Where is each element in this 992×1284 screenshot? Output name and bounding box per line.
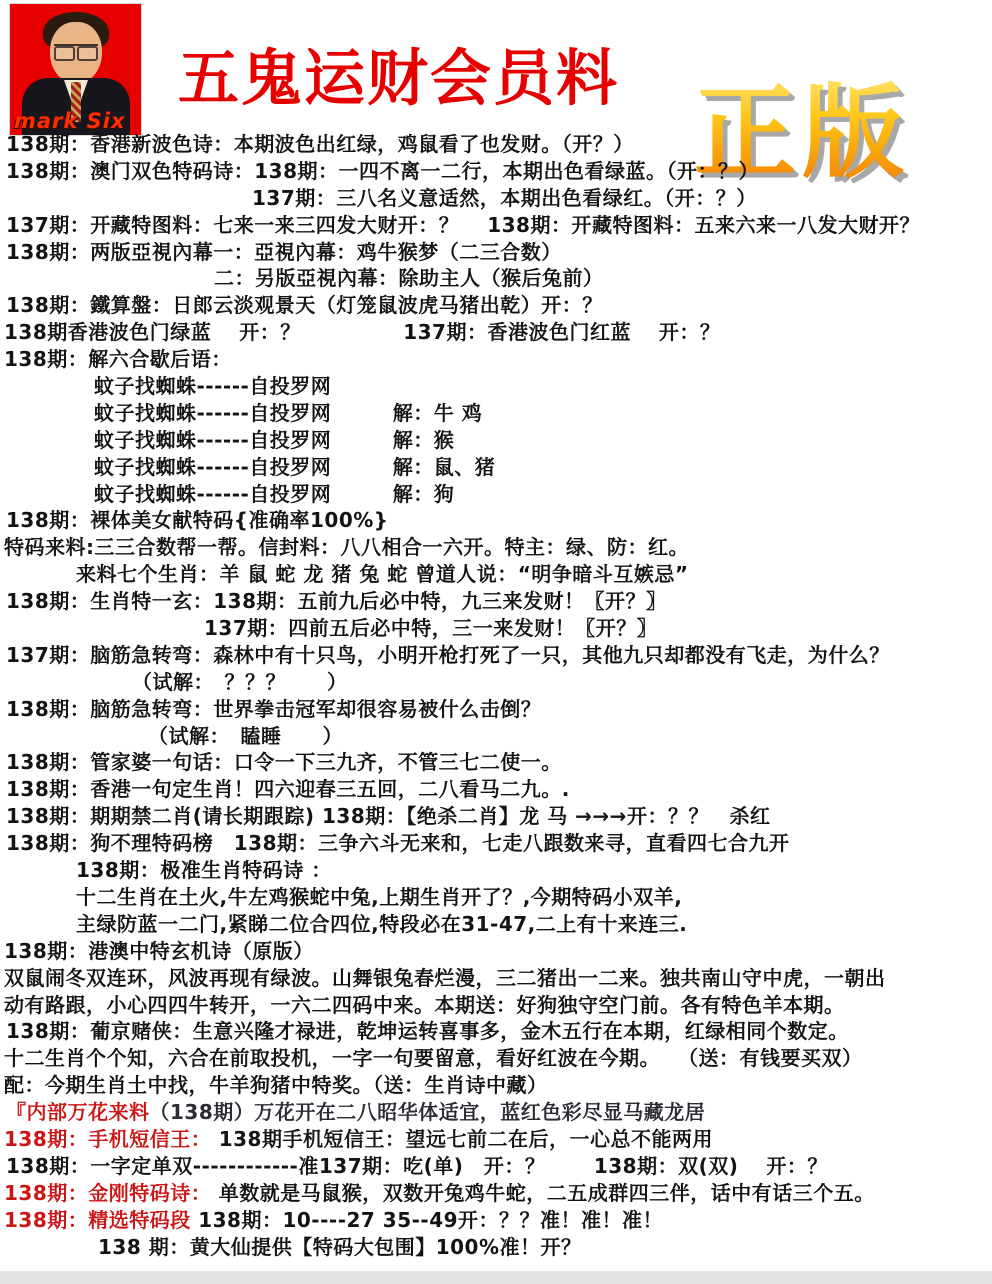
text-line: 138期：生肖特一玄：138期：五前九后必中特，九三来发财！〖开？〗	[4, 588, 990, 615]
portrait-photo: mark Six	[9, 3, 142, 136]
text-line: 138期：港澳中特玄机诗（原版）	[4, 938, 990, 965]
text-segment: （试解： ？？？ ）	[132, 670, 348, 694]
text-line: 137期：三八名义意适然，本期出色看绿红。（开：？）	[4, 185, 990, 212]
text-line: 138期：极准生肖特码诗 ：	[4, 857, 990, 884]
text-segment: 单数就是马鼠猴，双数开兔鸡牛蛇，二五成群四三伴，话中有话三个五。	[211, 1181, 874, 1205]
text-line: 动有路跟，小心四四牛转开，一六二四码中来。本期送：好狗独守空门前。各有特色羊本期…	[4, 992, 990, 1019]
text-line: 特码来料:三三合数帮一帮。信封料：八八相合一六开。特主：绿、防：红。	[4, 534, 990, 561]
text-segment: 138期：狗不理特码榜 138期：三争六斗无来和，七走八跟数来寻，直看四七合九开	[6, 831, 790, 855]
text-segment: 138期：管家婆一句话：口令一下三九齐，不管三七二使一。	[6, 750, 562, 774]
text-segment: 138期香港波色门绿蓝 开：？ 137期：香港波色门红蓝 开：？	[4, 320, 720, 344]
text-line: 138期：两版亞視內幕一：亞視內幕：鸡牛猴梦（二三合数）	[4, 239, 990, 266]
text-segment: 『内部万花来料	[6, 1100, 150, 1124]
text-segment: 138期：精选特码段	[4, 1208, 191, 1232]
text-segment: 138期：解六合歇后语：	[4, 347, 232, 371]
text-line: 138期：香港新波色诗：本期波色出红绿，鸡鼠看了也发财。（开？）	[4, 131, 990, 158]
bottom-strip	[0, 1271, 992, 1284]
text-line: 138期：裸体美女献特码{准确率100%}	[4, 507, 990, 534]
text-line: 蚊子找蜘蛛------自投罗网 解：牛 鸡	[4, 400, 990, 427]
text-line: 蚊子找蜘蛛------自投罗网 解：猴	[4, 427, 990, 454]
text-segment: 138期：香港一句定生肖！四六迎春三五回，二八看马二九。.	[6, 777, 570, 801]
text-line: 138期：狗不理特码榜 138期：三争六斗无来和，七走八跟数来寻，直看四七合九开	[4, 830, 990, 857]
text-segment: 138期：10----27 35--49开：？？准！准！准！	[191, 1208, 663, 1232]
text-segment: 主绿防蓝一二门,紧睇二位合四位,特段必在31-47,二上有十来连三.	[76, 912, 687, 936]
text-line: 十二生肖在土火,牛左鸡猴蛇中兔,上期生肖开了？,今期特码小双羊,	[4, 884, 990, 911]
erased-row: - --- ------- - ---- --	[600, 1100, 988, 1102]
text-segment: 137期：四前五后必中特，三一来发财！〖开？〗	[204, 616, 657, 640]
text-segment: 138期：澳门双色特码诗：138期：一四不离一二行，本期出色看绿蓝。（开：？）	[6, 159, 759, 183]
text-segment: 138期：裸体美女献特码{准确率100%}	[6, 508, 389, 532]
text-line: 十二生肖个个知，六合在前取投机，一字一句要留意，看好红波在今期。 （送：有钱要买…	[4, 1045, 990, 1072]
text-segment: 137期：脑筋急转弯：森林中有十只鸟，小明开枪打死了一只，其他九只却都没有飞走，…	[6, 643, 890, 667]
text-segment: 十二生肖在土火,牛左鸡猴蛇中兔,上期生肖开了？,今期特码小双羊,	[76, 885, 682, 909]
text-line: 138期：手机短信王： 138期手机短信王：望远七前二在后，一心总不能两用	[4, 1126, 990, 1153]
text-segment: 138期：极准生肖特码诗 ：	[76, 858, 332, 882]
text-segment: 138期：两版亞視內幕一：亞視內幕：鸡牛猴梦（二三合数）	[6, 240, 562, 264]
text-line: 主绿防蓝一二门,紧睇二位合四位,特段必在31-47,二上有十来连三.	[4, 911, 990, 938]
text-segment: 138期：葡京赌侠：生意兴隆才禄进，乾坤运转喜事多，金木五行在本期，红绿相同个数…	[6, 1019, 849, 1043]
text-segment: 138期：手机短信王：	[4, 1127, 211, 1151]
text-line: 『内部万花来料（138期）万花开在二八昭华体适宜，蓝红色彩尽显马藏龙居	[4, 1099, 990, 1126]
text-segment: 138期：生肖特一玄：138期：五前九后必中特，九三来发财！〖开？〗	[6, 589, 667, 613]
text-segment: （138期）万花开在二八昭华体适宜，蓝红色彩尽显马藏龙居	[150, 1100, 706, 1124]
text-line: 137期：脑筋急转弯：森林中有十只鸟，小明开枪打死了一只，其他九只却都没有飞走，…	[4, 642, 990, 669]
lottery-tip-sheet: mark Six 五鬼运财会员料 正版 138期：香港新波色诗：本期波色出红绿，…	[0, 0, 992, 1284]
text-segment: 来料七个生肖：羊 鼠 蛇 龙 猪 兔 蛇 曾道人说：“明争暗斗互嫉忌”	[76, 562, 689, 586]
text-segment: 138期：鐵算盤：日郎云淡观景天（灯笼鼠波虎马猪出乾）开：？	[6, 293, 603, 317]
text-line: 138期：一字定单双------------准137期：吃(单) 开：？ 138…	[4, 1153, 990, 1180]
text-segment: 138 期：黄大仙提供【特码大包围】100%准！开？	[98, 1235, 582, 1259]
text-line: 138期：葡京赌侠：生意兴隆才禄进，乾坤运转喜事多，金木五行在本期，红绿相同个数…	[4, 1018, 990, 1045]
text-line: 双鼠闹冬双连环，风波再现有绿波。山舞银兔春烂漫，三二猪出一二来。独共南山守中虎，…	[4, 965, 990, 992]
text-segment: 动有路跟，小心四四牛转开，一六二四码中来。本期送：好狗独守空门前。各有特色羊本期…	[4, 993, 845, 1017]
text-line: 138期：精选特码段 138期：10----27 35--49开：？？准！准！准…	[4, 1207, 990, 1234]
text-segment: 138期手机短信王：望远七前二在后，一心总不能两用	[211, 1127, 713, 1151]
text-line: 蚊子找蜘蛛------自投罗网 解：狗	[4, 481, 990, 508]
text-segment: 138期：香港新波色诗：本期波色出红绿，鸡鼠看了也发财。（开？）	[6, 132, 634, 156]
text-line: 138期：脑筋急转弯：世界拳击冠军却很容易被什么击倒？	[4, 696, 990, 723]
erased-text-artifact: - --- ------- - ---- -- -- - -- --- ----…	[600, 1072, 988, 1102]
text-segment: 138期：一字定单双------------准137期：吃(单) 开：？ 138…	[6, 1154, 828, 1178]
text-line: 蚊子找蜘蛛------自投罗网 解：鼠、猪	[4, 454, 990, 481]
text-line: 二：另版亞視內幕：除助主人（猴后兔前）	[4, 265, 990, 292]
text-segment: 蚊子找蜘蛛------自投罗网 解：猴	[94, 428, 454, 452]
text-segment: 138期：港澳中特玄机诗（原版）	[4, 939, 314, 963]
text-segment: 138期：期期禁二肖(请长期跟踪) 138期：【绝杀二肖】龙 马 →→→开：？？…	[6, 804, 770, 828]
text-line: （试解： 瞌睡 ）	[4, 723, 990, 750]
text-line: 138期：鐵算盤：日郎云淡观景天（灯笼鼠波虎马猪出乾）开：？	[4, 292, 990, 319]
text-segment: 蚊子找蜘蛛------自投罗网 解：鼠、猪	[94, 455, 495, 479]
text-line: 137期：开藏特图料：七来一来三四发大财开：？ 138期：开藏特图料：五来六来一…	[4, 212, 990, 239]
text-line: 138期香港波色门绿蓝 开：？ 137期：香港波色门红蓝 开：？	[4, 319, 990, 346]
page-title: 五鬼运财会员料	[178, 30, 648, 117]
text-segment: 蚊子找蜘蛛------自投罗网	[94, 374, 331, 398]
text-line: 138期：管家婆一句话：口令一下三九齐，不管三七二使一。	[4, 749, 990, 776]
text-segment: 137期：三八名义意适然，本期出色看绿红。（开：？）	[252, 186, 757, 210]
text-segment: （试解： 瞌睡 ）	[148, 724, 343, 748]
text-segment: 137期：开藏特图料：七来一来三四发大财开：？ 138期：开藏特图料：五来六来一…	[6, 213, 920, 237]
text-line: 蚊子找蜘蛛------自投罗网	[4, 373, 990, 400]
text-line: 138期：期期禁二肖(请长期跟踪) 138期：【绝杀二肖】龙 马 →→→开：？？…	[4, 803, 990, 830]
text-line: 138期：澳门双色特码诗：138期：一四不离一二行，本期出色看绿蓝。（开：？）	[4, 158, 990, 185]
text-segment: 蚊子找蜘蛛------自投罗网 解：狗	[94, 482, 454, 506]
glasses-icon	[54, 44, 98, 58]
text-segment: 二：另版亞視內幕：除助主人（猴后兔前）	[214, 266, 604, 290]
text-segment: 138期：脑筋急转弯：世界拳击冠军却很容易被什么击倒？	[6, 697, 541, 721]
text-line: 137期：四前五后必中特，三一来发财！〖开？〗	[4, 615, 990, 642]
text-segment: 138期：金刚特码诗：	[4, 1181, 211, 1205]
text-segment: 蚊子找蜘蛛------自投罗网 解：牛 鸡	[94, 401, 482, 425]
text-line: 来料七个生肖：羊 鼠 蛇 龙 猪 兔 蛇 曾道人说：“明争暗斗互嫉忌”	[4, 561, 990, 588]
text-line: 138 期：黄大仙提供【特码大包围】100%准！开？	[4, 1234, 990, 1261]
text-segment: 十二生肖个个知，六合在前取投机，一字一句要留意，看好红波在今期。 （送：有钱要买…	[4, 1046, 862, 1070]
text-line: （试解： ？？？ ）	[4, 669, 990, 696]
text-segment: 配：今期生肖土中找，牛羊狗猪中特奖。（送：生肖诗中藏）	[4, 1073, 548, 1097]
mark-six-caption: mark Six	[14, 109, 138, 133]
text-line: 138期：金刚特码诗： 单数就是马鼠猴，双数开兔鸡牛蛇，二五成群四三伴，话中有话…	[4, 1180, 990, 1207]
text-segment: 特码来料:三三合数帮一帮。信封料：八八相合一六开。特主：绿、防：红。	[4, 535, 689, 559]
text-line: 138期：香港一句定生肖！四六迎春三五回，二八看马二九。.	[4, 776, 990, 803]
text-line: 138期：解六合歇后语：	[4, 346, 990, 373]
text-segment: 双鼠闹冬双连环，风波再现有绿波。山舞银兔春烂漫，三二猪出一二来。独共南山守中虎，…	[4, 966, 886, 990]
